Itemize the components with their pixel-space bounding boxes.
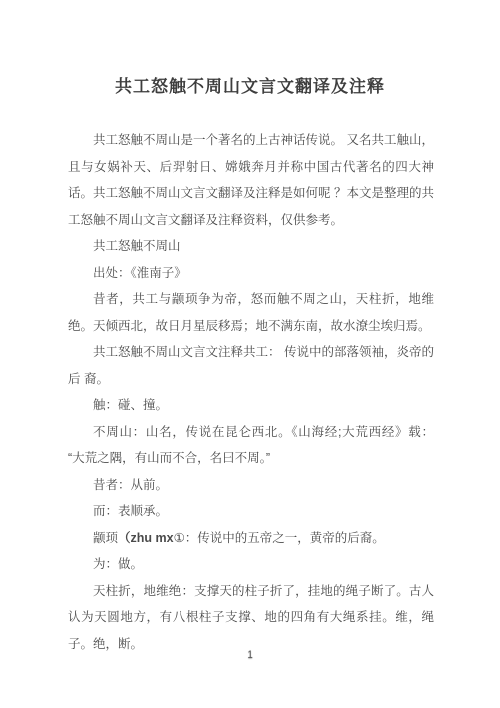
paragraph-segment: 出处：《淮南子》	[93, 266, 187, 280]
document-page: 共工怒触不周山文言文翻译及注释 共工怒触不周山是一个著名的上古神话传说。 又名共…	[0, 0, 500, 708]
paragraph: 昔者：从前。	[68, 472, 434, 499]
paragraph: 昔者，共工与颛顼争为帝，怒而触不周之山，天柱折，地维绝。天倾西北，故日月星辰移焉…	[68, 286, 434, 339]
paragraph-segment: 而：表顺承。	[93, 504, 168, 518]
paragraph: 不周山：山名，传说在昆仑西北。《山海经;大荒西经》载： “大荒之隅，有山而不合，…	[68, 419, 434, 472]
paragraph-segment: ①：传说中的五帝之一，黄帝的后裔。	[174, 531, 385, 545]
paragraph: 共工怒触不周山	[68, 233, 434, 260]
paragraph-segment: 触：碰、撞。	[93, 398, 168, 412]
paragraph-segment: 昔者：从前。	[93, 478, 168, 492]
paragraph: 共工怒触不周山是一个著名的上古神话传说。 又名共工触山，且与女娲补天、后羿射日、…	[68, 127, 434, 233]
paragraph-segment: 不周山：山名，传说在昆仑西北。《山海经;大荒西经》载： “大荒之隅，有山而不合，…	[68, 425, 434, 466]
page-number: 1	[247, 648, 252, 662]
page-footer: 1	[0, 645, 500, 663]
paragraph: 出处：《淮南子》	[68, 260, 434, 287]
document-body: 共工怒触不周山是一个著名的上古神话传说。 又名共工触山，且与女娲补天、后羿射日、…	[0, 127, 500, 657]
document-title: 共工怒触不周山文言文翻译及注释	[0, 0, 500, 97]
paragraph-segment: 昔者，共工与颛顼争为帝，怒而触不周之山，天柱折，地维绝。天倾西北，故日月星辰移焉…	[68, 292, 434, 333]
paragraph: 而：表顺承。	[68, 498, 434, 525]
paragraph-segment: 共工怒触不周山文言文注释共工： 传说中的部落领袖，炎帝的后 裔。	[68, 345, 434, 386]
paragraph: 为：做。	[68, 551, 434, 578]
paragraph: 共工怒触不周山文言文注释共工： 传说中的部落领袖，炎帝的后 裔。	[68, 339, 434, 392]
paragraph-segment: 天柱折，地维绝：支撑天的柱子折了，挂地的绳子断了。古人认为天圆地方，有八根柱子支…	[68, 584, 434, 651]
paragraph-segment: 共工怒触不周山	[93, 239, 181, 253]
paragraph-segment: 颛顼	[93, 531, 118, 545]
paragraph-segment: 共工怒触不周山是一个著名的上古神话传说。 又名共工触山，且与女娲补天、后羿射日、…	[68, 133, 434, 227]
paragraph-segment: 为：做。	[93, 557, 143, 571]
paragraph-segment-bold: （zhu mx	[118, 531, 174, 545]
paragraph: 颛顼（zhu mx①：传说中的五帝之一，黄帝的后裔。	[68, 525, 434, 552]
paragraph: 触：碰、撞。	[68, 392, 434, 419]
